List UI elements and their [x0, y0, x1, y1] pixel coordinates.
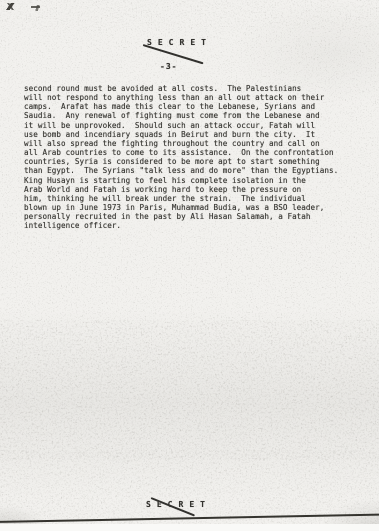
document-body-text: second round must be avoided at all cost… [24, 84, 364, 231]
scan-margin-below-page [0, 524, 379, 531]
ink-smudge-artifact [31, 5, 40, 11]
scanned-document-page: S E C R E T -3- second round must be avo… [0, 0, 379, 531]
classification-header: S E C R E T [147, 38, 207, 47]
scan-grain-texture [0, 0, 379, 531]
page-number: -3- [160, 62, 177, 71]
scan-shading-overlay [0, 0, 379, 531]
ink-smudge-artifact [6, 3, 15, 10]
